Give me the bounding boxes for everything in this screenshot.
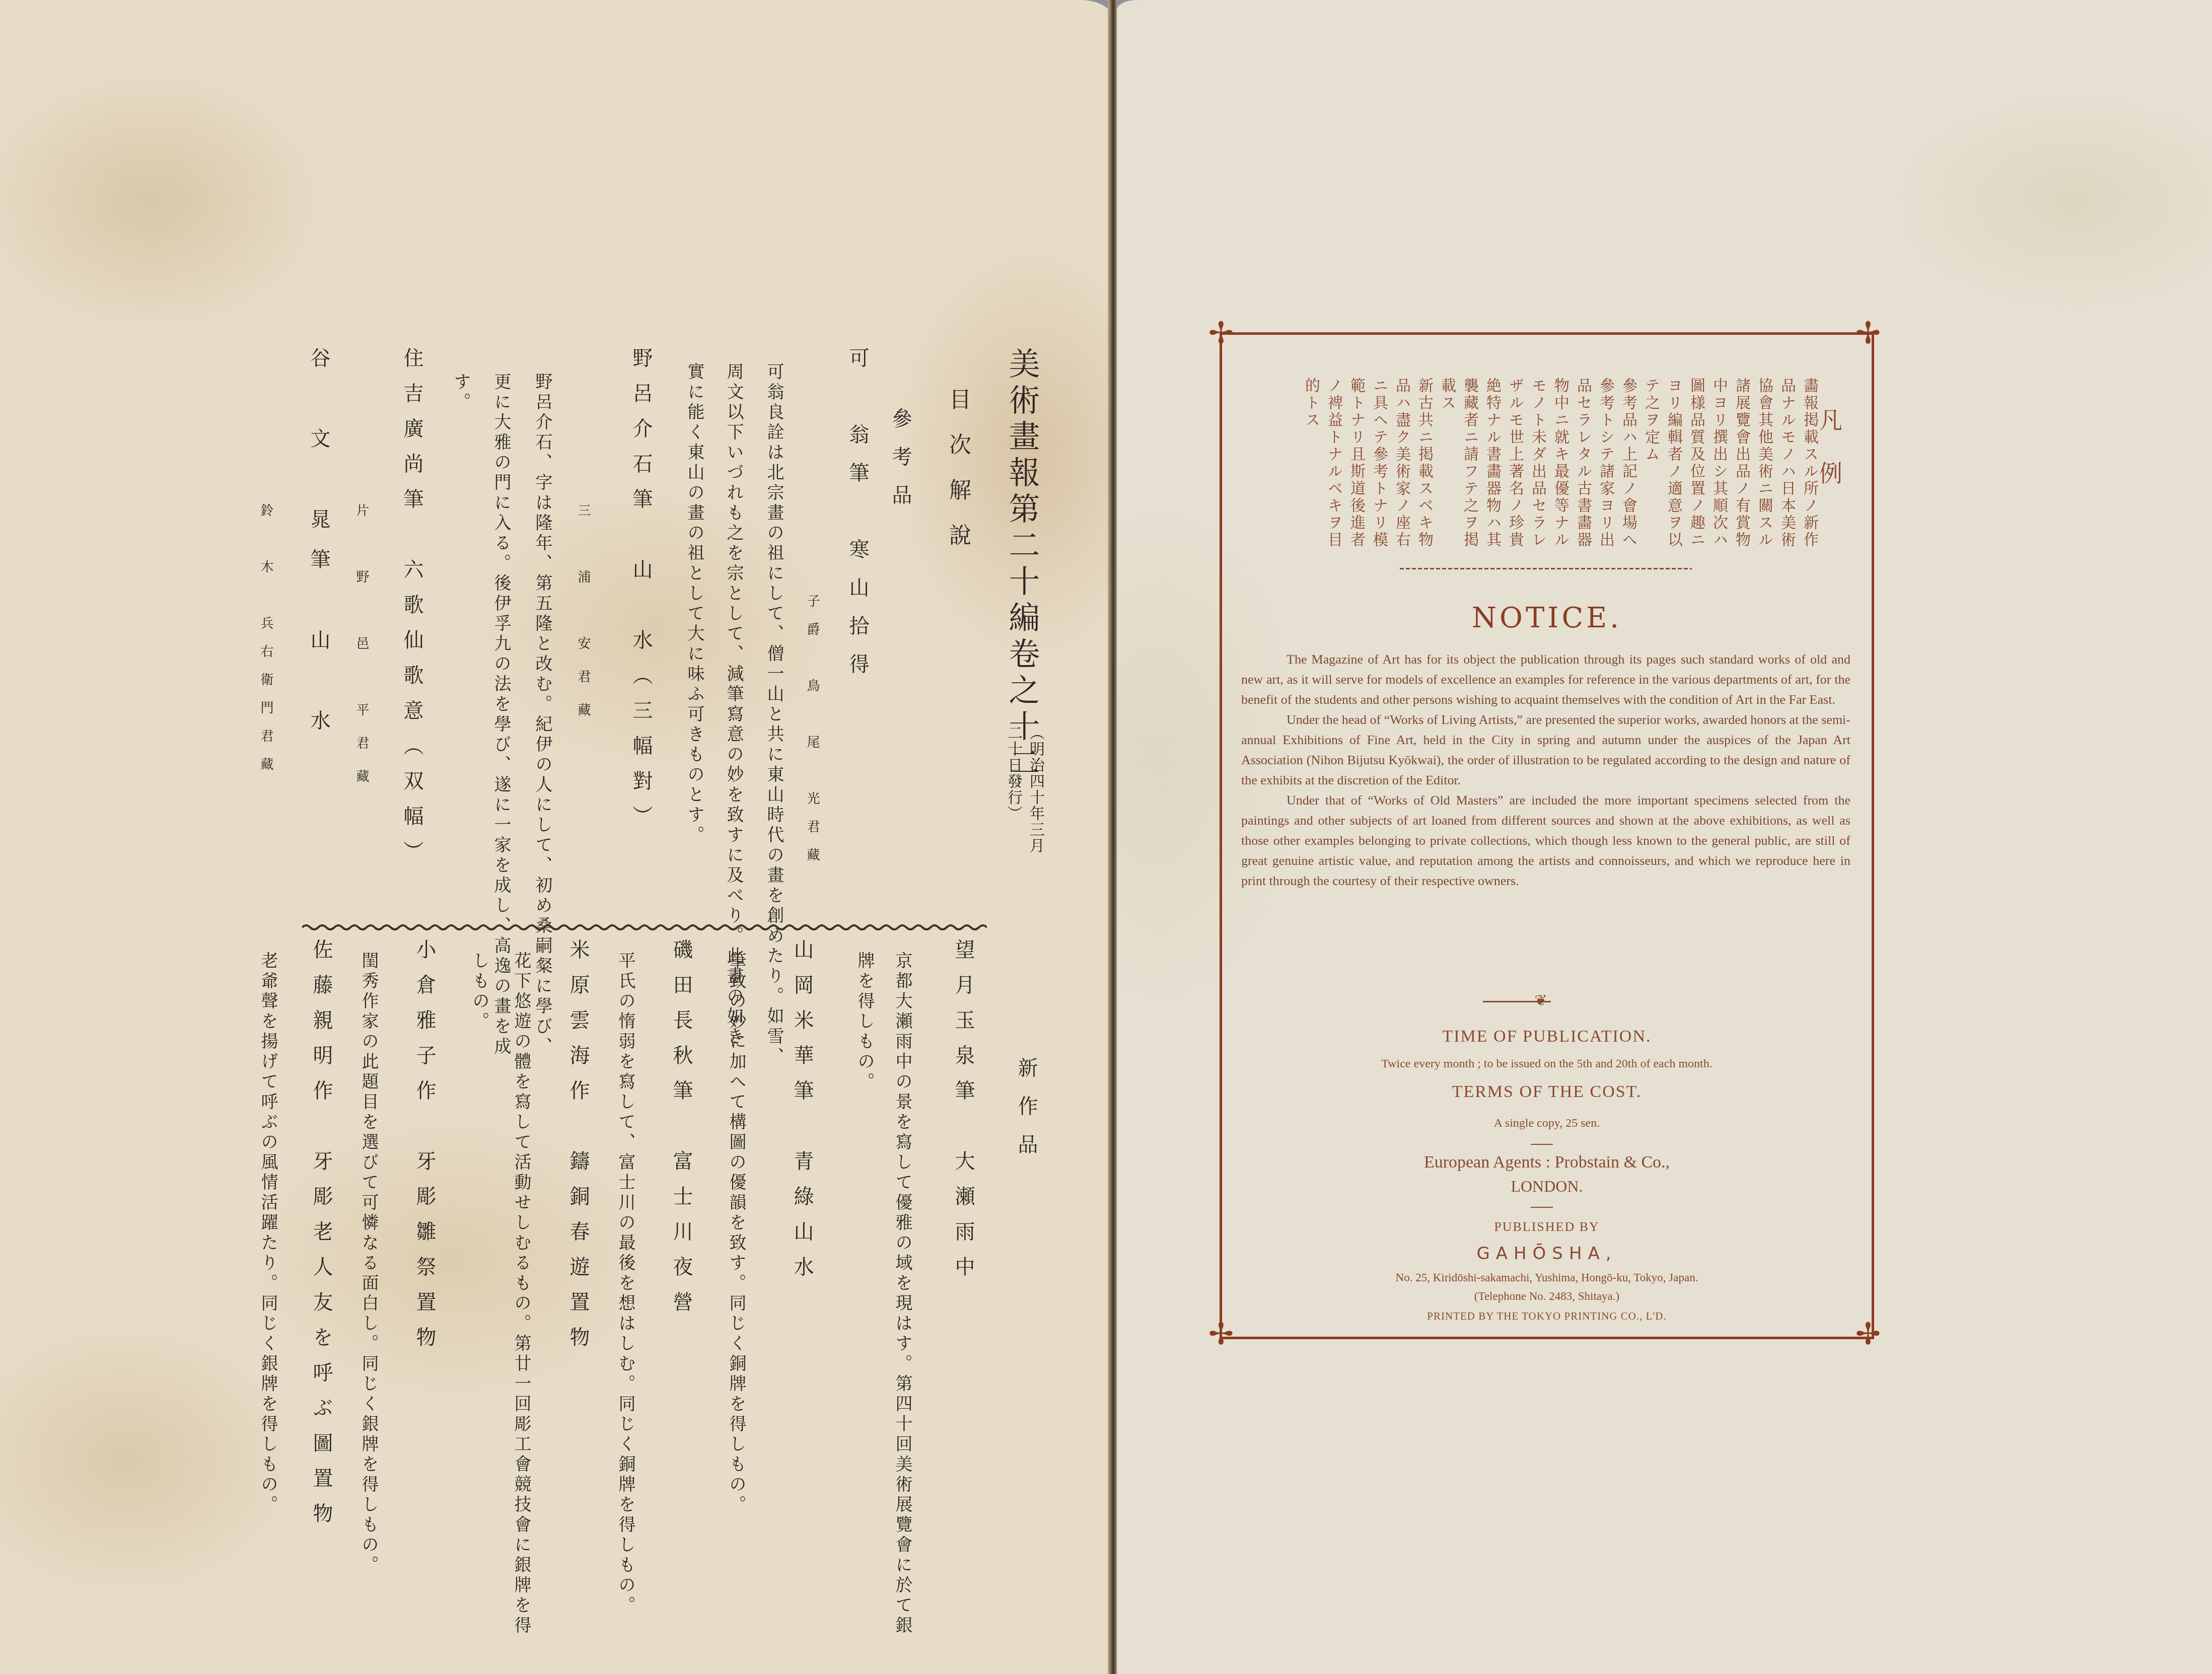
time-of-publication-text: Twice every month ; to be issued on the … [1220,1057,1874,1071]
european-agents: European Agents : Probstain & Co., [1220,1153,1874,1172]
hanrei-heading: 凡例 [1818,408,1841,515]
hanrei-column: 參考トシテ諸家ヨリ出 [1594,378,1617,549]
reference-item-description-line: 可翁良詮は北宗畫の祖にして、僧一山と共に東山時代の畫を創めたり。如雪、 [765,362,782,1067]
reference-item-description-line: 周文以下いづれも之を宗として、減筆寫意の妙を致すに及べり。此畫の如き [725,362,742,1047]
frame-corner-ornament-icon: ✢ [1206,1319,1236,1349]
hanrei-column: 品ナルモノハ日本美術 [1775,378,1798,549]
reference-item-description-line: 野呂介石、字は隆年、第五隆と改む。紀伊の人にして、初め桑嗣粲に學び、 [534,373,551,1057]
publisher-address: No. 25, Kiridōshi-sakamachi, Yushima, Ho… [1220,1271,1874,1284]
publisher-name: GAHŌSHA, [1220,1244,1874,1264]
notice-body: The Magazine of Art has for its object t… [1241,649,1850,891]
notice-heading: NOTICE. [1220,602,1874,634]
notice-paragraph: Under that of “Works of Old Masters” are… [1241,790,1850,891]
reference-works-heading: 參考品 [886,408,915,523]
new-work-description-line: 閨秀作家の此題目を選びて可憐なる面白し。同じく銀牌を得しもの。 [360,952,377,1576]
new-work-description-line: しもの。 [471,952,488,1032]
reference-item-description-line: 更に大雅の門に入る。後伊孚九の法を學び、遂に一家を成し、高逸の畫を成 [492,373,510,1057]
hanrei-column: 物中ニ就キ最優等ナル [1548,378,1572,549]
agents-city: LONDON. [1220,1177,1874,1196]
hanrei-column: 新古共ニ掲載スベキ物 [1412,378,1436,549]
terms-of-cost-text: A single copy, 25 sen. [1220,1117,1874,1130]
wavy-divider [302,922,987,932]
hanrei-column: テ之ヲ定ム [1639,378,1662,463]
ornamental-rule [1400,568,1692,569]
frame-corner-ornament-icon: ✢ [1206,318,1236,348]
new-work-description-line: 花下悠遊の體を寫して活動せしむるもの。第廿一回彫工會競技會に銀牌を得 [513,952,530,1636]
hanrei-column: ニ具ヘテ參考トナリ模 [1367,378,1390,549]
printer-credit: PRINTED BY THE TOKYO PRINTING CO., L'D. [1220,1310,1874,1323]
hanrei-column: ヨリ編輯者ノ適意ヲ以 [1662,378,1685,549]
hanrei-column: 畵報掲載スル所ノ新作 [1798,378,1821,549]
left-page: 美術畫報第二十編卷之十二 （明治四十年三月二十日發行） 目次解說 參考品 可 翁… [0,0,1110,1674]
reference-item-owner: 子爵 鳥 尾 光君藏 [803,594,822,876]
magazine-title: 美術畫報第二十編卷之十二 [1000,347,1044,782]
hanrei-column: 圖様品質及位置ノ趣ニ [1684,378,1707,549]
reference-item-owner: 鈴 木 兵右衛門君藏 [257,503,275,785]
frame-corner-ornament-icon: ✢ [1853,1319,1883,1349]
new-work-title: 佐藤親明作 牙彫老人友を呼ぶ圖置物 [307,939,336,1538]
reference-item-description-line: 實に能く東山の畫の祖として大に味ふ可きものとす。 [686,362,703,846]
new-work-title: 磯田長秋筆 富士川夜營 [667,939,696,1327]
new-work-description-line: 牌を得しもの。 [856,952,873,1093]
new-work-description-line: 平氏の惰弱を寫して、富士川の最後を想はしむ。同じく銅牌を得しもの。 [617,952,634,1616]
hanrei-column: 範トナリ且斯道後進者 [1344,378,1368,549]
new-work-description-line: 老爺聲を揚げて呼ぶの風情活躍たり。同じく銀牌を得しもの。 [259,952,276,1515]
hanrei-column: 載ス [1435,378,1458,412]
publisher-telephone: (Telephone No. 2483, Shitaya.) [1220,1290,1874,1303]
short-rule [1531,1207,1553,1208]
short-rule [1531,1144,1553,1145]
issue-date-note: （明治四十年三月二十日發行） [1002,725,1046,866]
hanrei-column: 品セラレタル古書畵器 [1571,378,1594,549]
new-work-title: 小倉雅子作 牙彫雛祭置物 [410,939,439,1362]
hanrei-column: 諸展覽會出品ノ有賞物 [1730,378,1753,549]
hanrei-column: ノ裨益トナルベキヲ目 [1322,378,1345,549]
new-work-title: 望月玉泉筆 大瀬雨中 [949,939,978,1291]
notice-paragraph: The Magazine of Art has for its object t… [1241,649,1850,710]
new-works-heading: 新作品 [1012,1057,1041,1172]
new-work-description-line: 筆致の妙に加へて構圖の優韻を致す。同じく銅牌を得しもの。 [728,952,745,1515]
hanrei-column: ザルモ世上著名ノ珍貴 [1503,378,1526,549]
hanrei-column: 襲藏者ニ請フテ之ヲ掲 [1458,378,1481,549]
hanrei-column: 的トス [1299,378,1322,429]
contents-heading: 目次解說 [942,388,974,569]
notice-paragraph: Under the head of “Works of Living Artis… [1241,710,1850,790]
fleuron-ornament-icon: ❦ [1531,992,1551,1009]
terms-of-cost-heading: TERMS OF THE COST. [1220,1082,1874,1102]
new-work-title: 山岡米華筆 青綠山水 [788,939,817,1291]
hanrei-column: 協會其他美術ニ關スル [1752,378,1775,549]
reference-item-title: 野呂介石筆 山 水（三幅對） [627,347,656,841]
reference-item-title: 住吉廣尚筆 六歌仙歌意（双幅） [398,347,426,876]
reference-item-title: 可 翁筆 寒山拾得 [843,347,872,692]
hanrei-column: 品ハ盡ク美術家ノ座右 [1390,378,1413,549]
time-of-publication-heading: TIME OF PUBLICATION. [1220,1027,1874,1046]
published-by-label: PUBLISHED BY [1220,1219,1874,1234]
frame-corner-ornament-icon: ✢ [1853,318,1883,348]
hanrei-column: 中ヨリ撰出シ其順次ハ [1707,378,1730,549]
reference-item-description-line: す。 [452,373,469,413]
hanrei-column: 參考品ハ上記ノ會場へ [1616,378,1639,549]
new-work-description-line: 京都大瀬雨中の景を寫して優雅の域を現はす。第四十回美術展覽會に於て銀 [894,952,911,1636]
hanrei-column: モノト未ダ出品セラレ [1526,378,1549,549]
reference-item-owner: 三 浦 安君藏 [574,503,593,736]
reference-item-owner: 片 野 邑 平君藏 [352,503,371,803]
book-gutter [1108,0,1118,1674]
hanrei-column: 絶特ナル書畵器物ハ其 [1480,378,1504,549]
reference-item-title: 谷 文 晁筆 山 水 [305,347,333,750]
new-work-title: 米原雲海作 鑄銅春遊置物 [564,939,593,1362]
